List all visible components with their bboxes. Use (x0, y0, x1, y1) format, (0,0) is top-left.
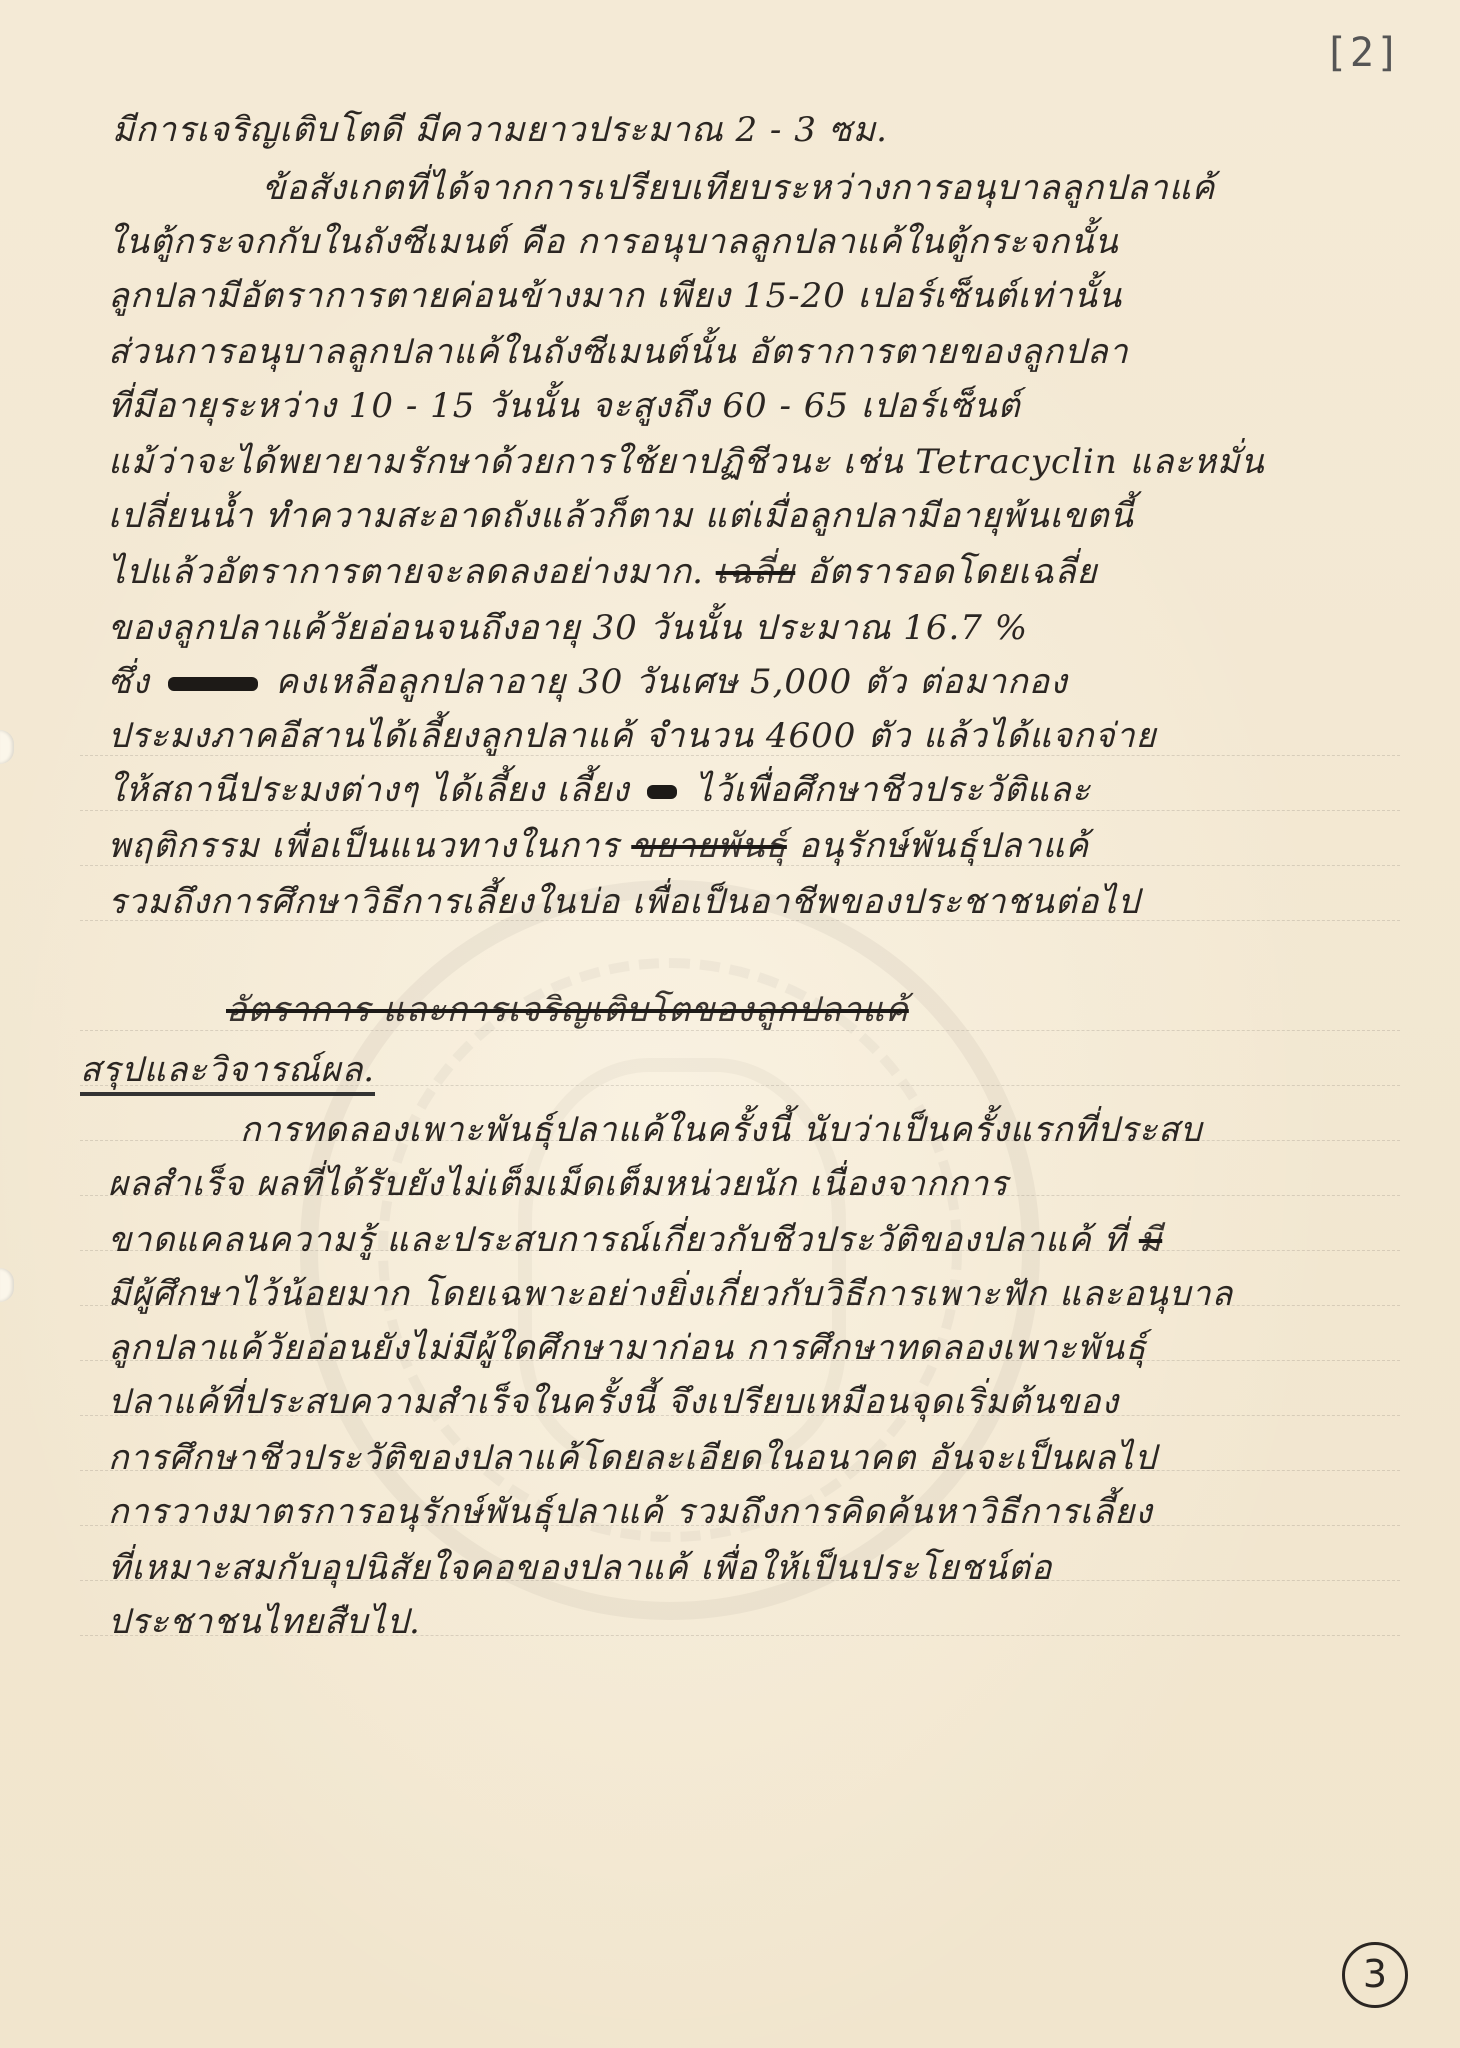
text-line: ไปแล้วอัตราการตายจะลดลงอย่างมาก. เฉลี่ย … (108, 552, 1097, 592)
section-heading-text: สรุปและวิจารณ์ผล. (80, 1050, 375, 1096)
struck-text: ขยายพันธุ์ (631, 826, 787, 866)
text-line: ประมงภาคอีสานได้เลี้ยงลูกปลาแค้ จำนวน 46… (108, 716, 1157, 756)
text-segment: อนุรักษ์พันธุ์ปลาแค้ (799, 826, 1090, 866)
page-number-circled: 3 (1342, 1942, 1408, 2008)
text-segment: ซึ่ง (108, 662, 150, 702)
text-segment: ไว้เพื่อศึกษาชีวประวัติและ (695, 770, 1091, 810)
struck-text: เฉลี่ย (716, 552, 796, 592)
scribbled-out-mark (168, 677, 258, 691)
text-line: การศึกษาชีวประวัติของปลาแค้โดยละเอียดในอ… (108, 1438, 1157, 1478)
text-line: ลูกปลามีอัตราการตายค่อนข้างมาก เพียง 15-… (108, 276, 1122, 316)
text-line: ลูกปลาแค้วัยอ่อนยังไม่มีผู้ใดศึกษามาก่อน… (108, 1328, 1147, 1368)
text-line: มีผู้ศึกษาไว้น้อยมาก โดยเฉพาะอย่างยิ่งเก… (108, 1274, 1233, 1314)
text-line: ซึ่ง คงเหลือลูกปลาอายุ 30 วันเศษ 5,000 ต… (108, 662, 1068, 702)
text-line: พฤติกรรม เพื่อเป็นแนวทางในการ ขยายพันธุ์… (108, 826, 1089, 866)
section-heading: สรุปและวิจารณ์ผล. (80, 1050, 375, 1090)
text-line: ข้อสังเกตที่ได้จากการเปรียบเทียบระหว่างก… (262, 168, 1215, 208)
text-line: ของลูกปลาแค้วัยอ่อนจนถึงอายุ 30 วันนั้น … (108, 608, 1028, 648)
text-line: ปลาแค้ที่ประสบความสำเร็จในครั้งนี้ จึงเป… (108, 1382, 1119, 1422)
text-line: ขาดแคลนความรู้ และประสบการณ์เกี่ยวกับชีว… (108, 1220, 1162, 1260)
struck-text: มี (1139, 1220, 1162, 1260)
text-segment: คงเหลือลูกปลาอายุ 30 วันเศษ 5,000 ตัว ต่… (275, 662, 1067, 702)
text-line: ให้สถานีประมงต่างๆ ได้เลี้ยง เลี้ยง ไว้เ… (108, 770, 1091, 810)
punch-hole (0, 730, 14, 764)
struck-heading: อัตราการ และการเจริญเติบโตของลูกปลาแค้ (226, 990, 909, 1030)
text-segment: พฤติกรรม เพื่อเป็นแนวทางในการ (108, 826, 619, 866)
text-line: การวางมาตรการอนุรักษ์พันธุ์ปลาแค้ รวมถึง… (108, 1492, 1153, 1532)
text-line: การทดลองเพาะพันธุ์ปลาแค้ในครั้งนี้ นับว่… (240, 1110, 1202, 1150)
text-segment: ไปแล้วอัตราการตายจะลดลงอย่างมาก. (108, 552, 704, 592)
text-line: ประชาชนไทยสืบไป. (108, 1602, 421, 1642)
manuscript-page: [2] มีการเจริญเติบโตดี มีความยาวประมาณ 2… (0, 0, 1460, 2048)
text-line: ที่มีอายุระหว่าง 10 - 15 วันนั้น จะสูงถึ… (108, 386, 1021, 426)
text-segment: ขาดแคลนความรู้ และประสบการณ์เกี่ยวกับชีว… (108, 1220, 1127, 1260)
text-line: ที่เหมาะสมกับอุปนิสัยใจคอของปลาแค้ เพื่อ… (108, 1548, 1052, 1588)
text-line: แม้ว่าจะได้พยายามรักษาด้วยการใช้ยาปฏิชีว… (108, 442, 1265, 482)
text-line: เปลี่ยนน้ำ ทำความสะอาดถังแล้วก็ตาม แต่เม… (108, 496, 1134, 536)
punch-hole (0, 1268, 14, 1302)
scribbled-out-mark (647, 785, 677, 799)
text-line: ในตู้กระจกกับในถังซีเมนต์ คือ การอนุบาลล… (108, 222, 1119, 262)
text-line: ส่วนการอนุบาลลูกปลาแค้ในถังซีเมนต์นั้น อ… (108, 332, 1129, 372)
page-label-top: [2] (1324, 30, 1402, 76)
text-segment: ให้สถานีประมงต่างๆ ได้เลี้ยง เลี้ยง (108, 770, 630, 810)
text-line: มีการเจริญเติบโตดี มีความยาวประมาณ 2 - 3… (112, 110, 888, 150)
ruled-line (80, 1030, 1400, 1031)
ruled-line (80, 810, 1400, 811)
text-line: รวมถึงการศึกษาวิธีการเลี้ยงในบ่อ เพื่อเป… (108, 882, 1140, 922)
text-line: ผลสำเร็จ ผลที่ได้รับยังไม่เต็มเม็ดเต็มหน… (108, 1164, 1009, 1204)
text-segment: อัตรารอดโดยเฉลี่ย (807, 552, 1097, 592)
